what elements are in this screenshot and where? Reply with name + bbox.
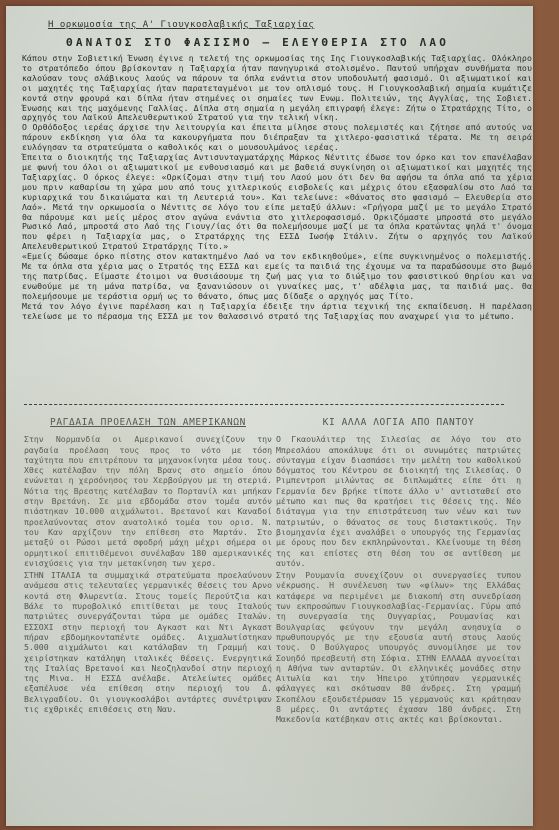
left-column-heading: ΡΑΓΔΑΙΑ ΠΡΟΕΛΑΣΗ ΤΩΝ ΑΜΕΡΙΚΑΝΩΝ [24, 418, 272, 428]
lead-paragraph: Μετά τον λόγο έγινε παρέλαση και η Ταξια… [22, 302, 532, 322]
right-column-paragraph: Ο Γκαουλάιτερ της Σιλεσίας σε λόγο του σ… [276, 434, 521, 568]
lead-paragraph: Έπειτα ο διοικητής της Ταξιαρχίας Αντισυ… [22, 153, 532, 252]
newspaper-sheet: Η ορκωμοσία της Α' Γιουγκοσλαβικής Ταξια… [6, 6, 533, 826]
section-divider [24, 404, 504, 405]
lead-article: Κάπου στην Σοβιετική Ένωση έγινε η τελετ… [22, 54, 532, 321]
right-column-paragraph: Στην Ρουμανία συνεχίζουν οι συνεργασίες … [276, 570, 521, 724]
lead-paragraph: Κάπου στην Σοβιετική Ένωση έγινε η τελετ… [22, 54, 532, 123]
right-column-article: ΚΙ ΑΛΛΑ ΛΟΓΙΑ ΑΠΟ ΠΑΝΤΟΥ Ο Γκαουλάιτερ τ… [276, 418, 521, 727]
left-column-paragraph: ΣΤΗΝ ΙΤΑΛΙΑ τα συμμαχικά στρατεύματα προ… [24, 570, 272, 714]
right-column-heading: ΚΙ ΑΛΛΑ ΛΟΓΙΑ ΑΠΟ ΠΑΝΤΟΥ [276, 418, 521, 428]
left-column-article: ΡΑΓΔΑΙΑ ΠΡΟΕΛΑΣΗ ΤΩΝ ΑΜΕΡΙΚΑΝΩΝ Στην Νορ… [24, 418, 272, 716]
main-headline: ΘΑΝΑΤΟΣ ΣΤΟ ΦΑΣΙΣΜΟ — ΕΛΕΥΘΕΡΙΑ ΣΤΟ ΛΑΟ [66, 36, 486, 49]
lead-paragraph: Ο Ορθόδοξος ιερέας άρχισε την λειτουργία… [22, 123, 532, 153]
lead-paragraph: «Εμείς δώσαμε όρκο πίστης στον κατακτημέ… [22, 252, 532, 302]
left-column-paragraph: Στην Νορμανδία οι Αμερικανοί συνεχίζουν … [24, 434, 272, 568]
kicker-headline: Η ορκωμοσία της Α' Γιουγκοσλαβικής Ταξια… [48, 20, 314, 30]
